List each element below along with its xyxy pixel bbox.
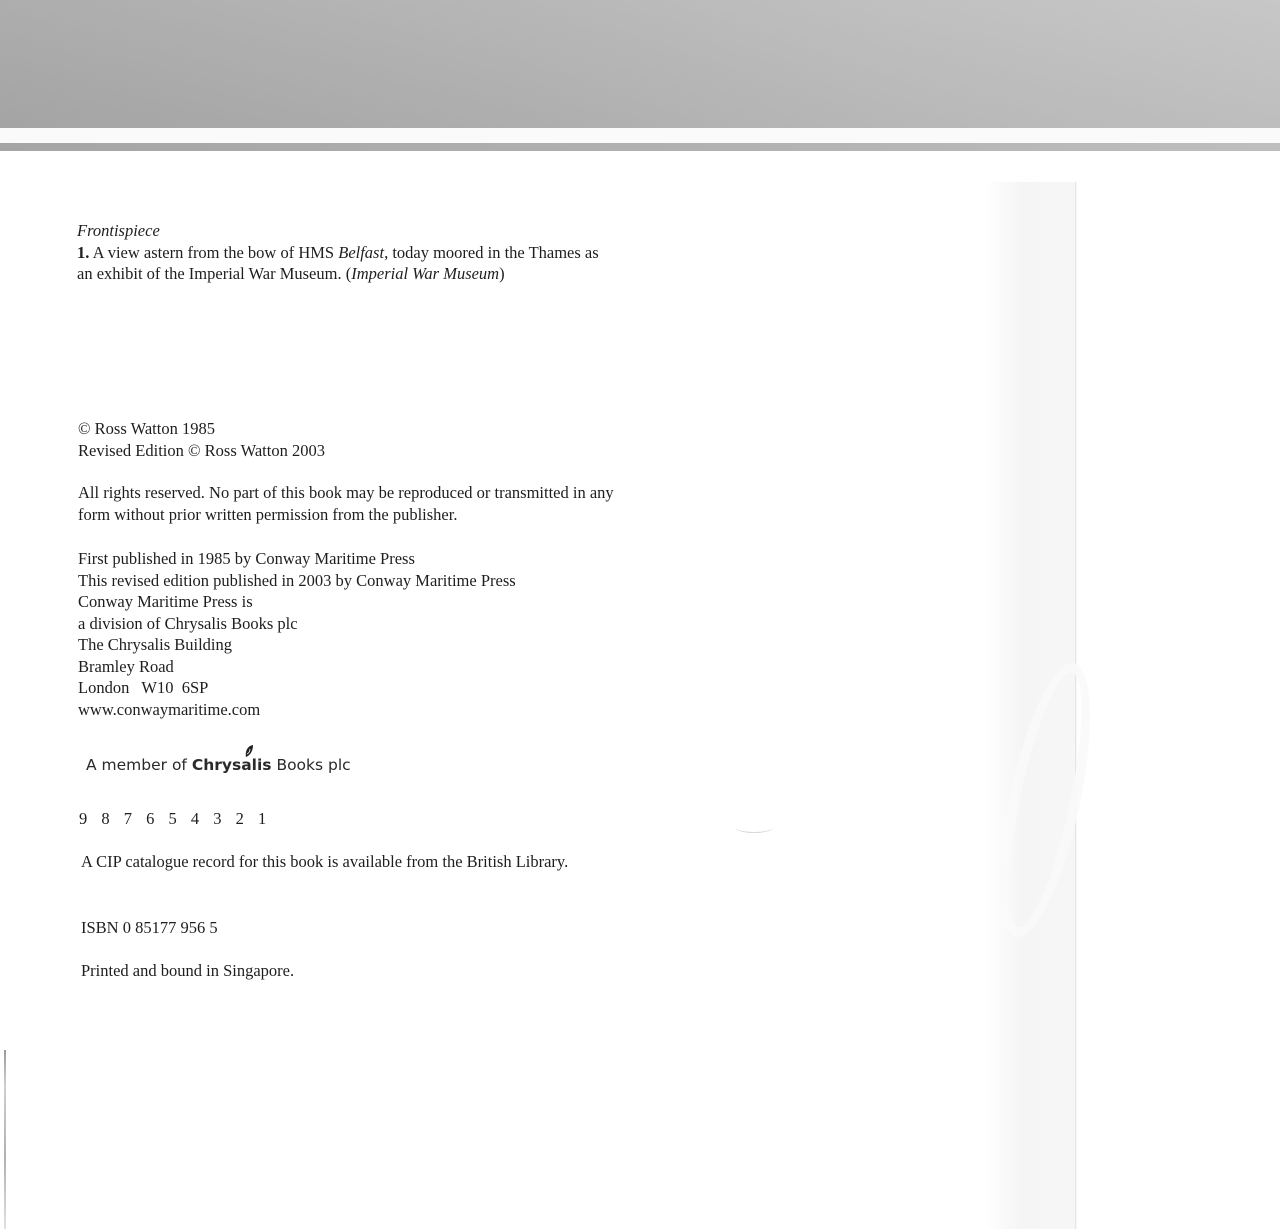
rights-line: form without prior written permission fr… (78, 504, 614, 526)
member-of-chrysalis: A member of Chrysalis Books plc (86, 756, 351, 774)
caption-text: ) (499, 264, 505, 283)
printed-in: Printed and bound in Singapore. (81, 960, 294, 982)
publisher-line: First published in 1985 by Conway Mariti… (78, 548, 516, 570)
photo-credit: Imperial War Museum (351, 264, 499, 283)
cip-statement: A CIP catalogue record for this book is … (81, 851, 568, 873)
publisher-line: London W10 6SP (78, 677, 516, 699)
publisher-info: First published in 1985 by Conway Mariti… (78, 548, 516, 720)
member-prefix: A member of (86, 756, 192, 774)
publisher-line: Bramley Road (78, 656, 516, 678)
ship-name: Belfast (338, 243, 384, 262)
header-gap (0, 128, 1280, 143)
copyright-line: © Ross Watton 1985 (78, 418, 325, 440)
header-strip (0, 143, 1280, 151)
print-line: 9 8 7 6 5 4 3 2 1 (79, 808, 271, 830)
publisher-line: The Chrysalis Building (78, 634, 516, 656)
header-photo-band (0, 0, 1280, 128)
caption-line-1: 1. A view astern from the bow of HMS Bel… (77, 242, 599, 264)
publisher-line: a division of Chrysalis Books plc (78, 613, 516, 635)
butterfly-icon (244, 744, 254, 758)
chrysalis-brand: Chrysalis (192, 756, 272, 774)
caption-text: A view astern from the bow of HMS (93, 243, 339, 262)
caption-text: an exhibit of the Imperial War Museum. ( (77, 264, 351, 283)
publisher-line: Conway Maritime Press is (78, 591, 516, 613)
copyright-line: Revised Edition © Ross Watton 2003 (78, 440, 325, 462)
rights-statement: All rights reserved. No part of this boo… (78, 482, 614, 525)
caption-text: , today moored in the Thames as (384, 243, 599, 262)
copyright-notice: © Ross Watton 1985 Revised Edition © Ros… (78, 418, 325, 461)
isbn: ISBN 0 85177 956 5 (81, 917, 218, 939)
caption-number: 1. (77, 243, 89, 262)
scan-edge-line (4, 1050, 6, 1229)
frontispiece-caption: Frontispiece 1. A view astern from the b… (77, 220, 599, 285)
rights-line: All rights reserved. No part of this boo… (78, 482, 614, 504)
caption-heading: Frontispiece (77, 220, 599, 242)
scan-speck (735, 822, 773, 833)
caption-line-2: an exhibit of the Imperial War Museum. (… (77, 263, 599, 285)
publisher-website: www.conwaymaritime.com (78, 699, 516, 721)
publisher-line: This revised edition published in 2003 b… (78, 570, 516, 592)
member-suffix: Books plc (272, 756, 351, 774)
photo-texture (0, 0, 1280, 128)
